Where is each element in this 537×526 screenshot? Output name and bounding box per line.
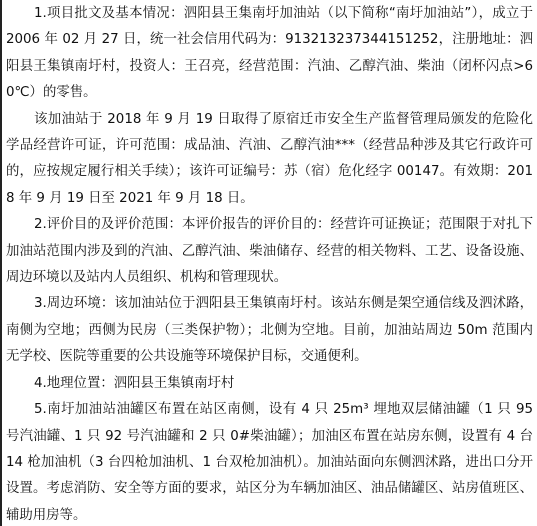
paragraph-purpose-scope: 2.评价目的及评价范围：本评价报告的评价目的：经营许可证换证；范围限于对扎下加油… (6, 212, 533, 291)
paragraph-location: 4.地理位置：泗阳县王集镇南圩村 (6, 371, 533, 397)
paragraph-basic-info: 1.项目批文及基本情况：泗阳县王集南圩加油站（以下简称“南圩加油站”），成立于 … (6, 1, 533, 107)
paragraph-layout: 5.南圩加油站油罐区布置在站区南侧，设有 4 只 25m³ 埋地双层储油罐（1 … (6, 397, 533, 526)
document-page: 1.项目批文及基本情况：泗阳县王集南圩加油站（以下简称“南圩加油站”），成立于 … (0, 0, 537, 526)
paragraph-surroundings: 3.周边环境：该加油站位于泗阳县王集镇南圩村。该站东侧是架空通信线及泗沭路，南侧… (6, 291, 533, 370)
paragraph-license: 该加油站于 2018 年 9 月 19 日取得了原宿迁市安全生产监督管理局颁发的… (6, 107, 533, 213)
